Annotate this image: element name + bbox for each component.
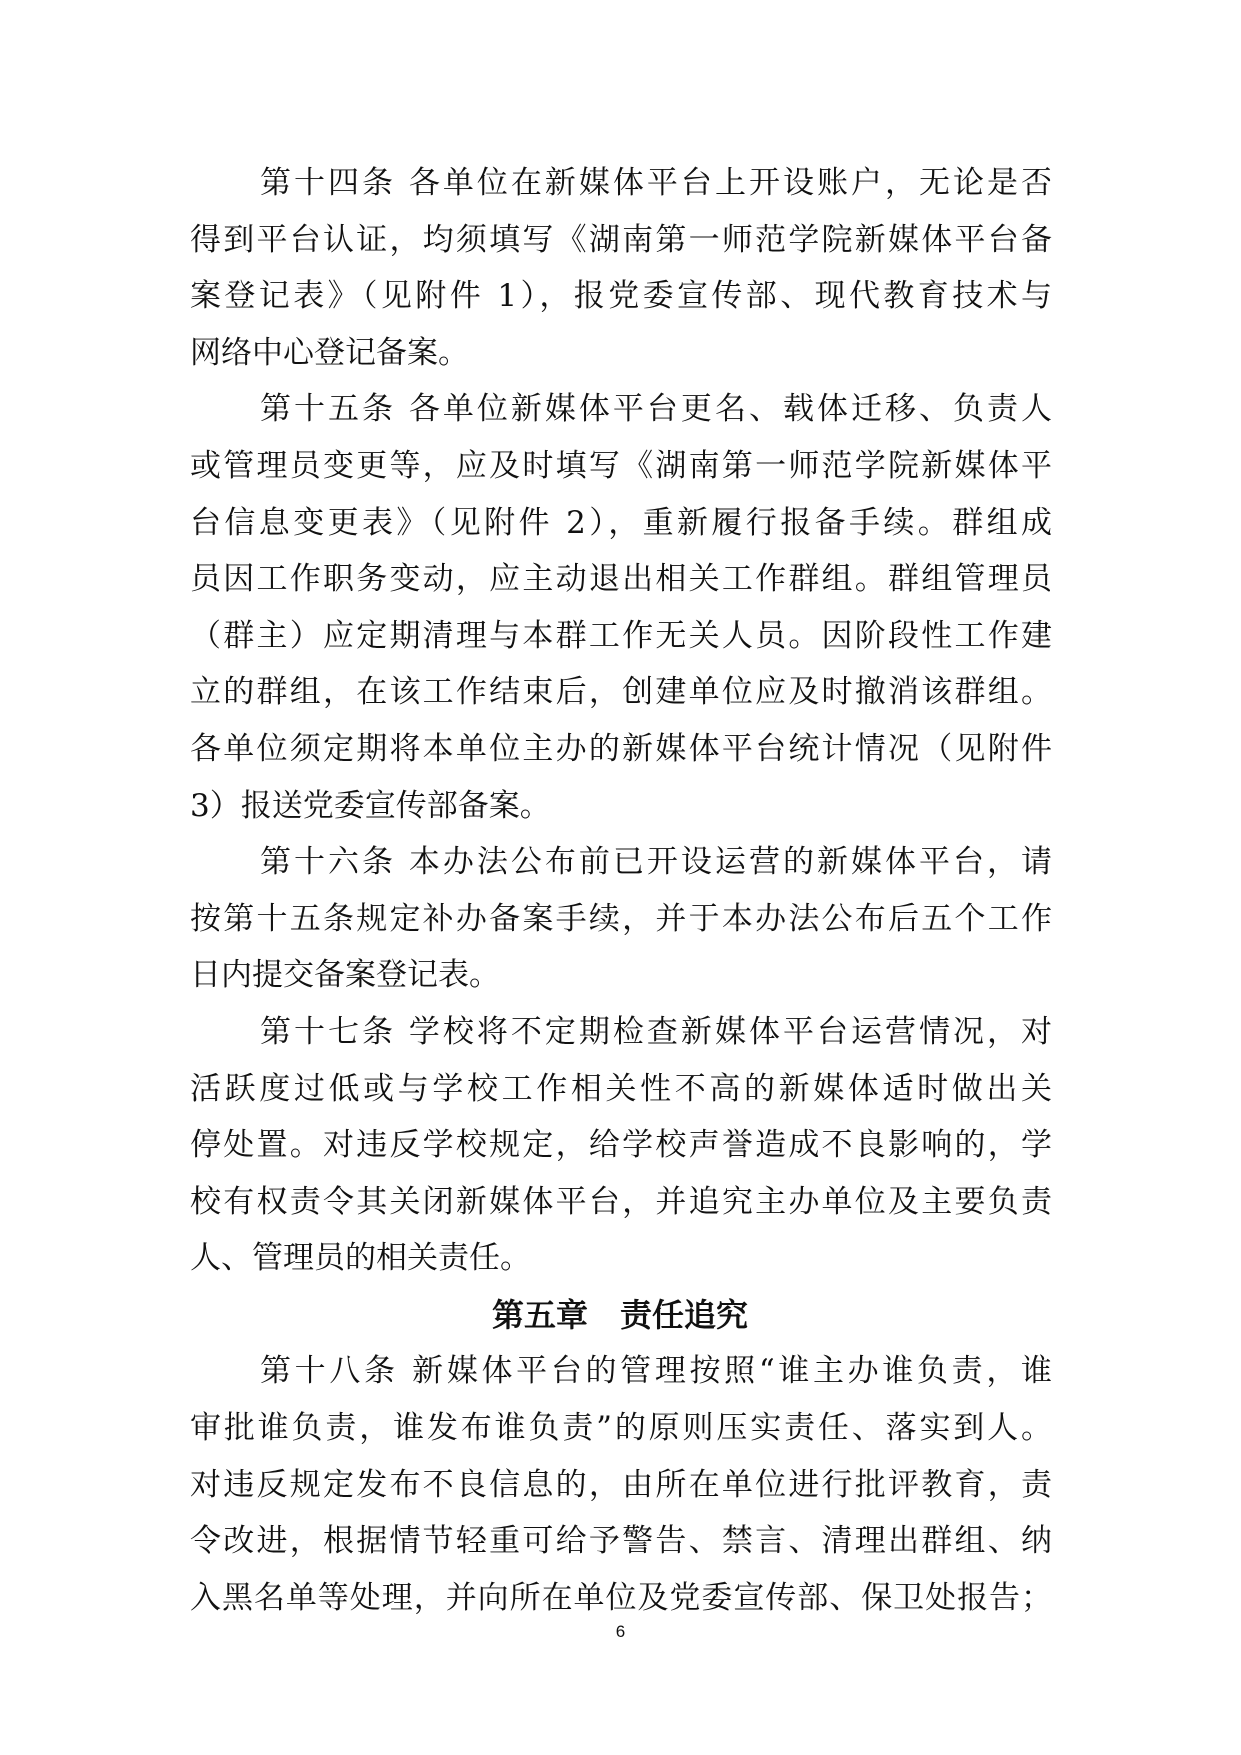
paragraph-line: 立的群组，在该工作结束后，创建单位应及时撤消该群组。: [190, 669, 1052, 726]
paragraph-line: 校有权责令其关闭新媒体平台，并追究主办单位及主要负责: [190, 1179, 1052, 1236]
document-page: 第十四条 各单位在新媒体平台上开设账户，无论是否 得到平台认证，均须填写《湖南第…: [0, 0, 1241, 1755]
article-18: 第十八条 新媒体平台的管理按照“谁主办谁负责，谁 审批谁负责，谁发布谁负责”的原…: [190, 1348, 1052, 1631]
paragraph-line: 令改进，根据情节轻重可给予警告、禁言、清理出群组、纳: [190, 1518, 1052, 1575]
paragraph-line: 审批谁负责，谁发布谁负责”的原则压实责任、落实到人。: [190, 1405, 1052, 1462]
paragraph-line: 人、管理员的相关责任。: [190, 1235, 1052, 1292]
paragraph-line: 员因工作职务变动，应主动退出相关工作群组。群组管理员: [190, 556, 1052, 613]
paragraph-line: 第十八条 新媒体平台的管理按照“谁主办谁负责，谁: [190, 1348, 1052, 1405]
paragraph-line: 停处置。对违反学校规定，给学校声誉造成不良影响的，学: [190, 1122, 1052, 1179]
paragraph-line: 活跃度过低或与学校工作相关性不高的新媒体适时做出关: [190, 1066, 1052, 1123]
chapter-heading: 第五章 责任追究: [188, 1292, 1052, 1349]
page-number: 6: [0, 1622, 1241, 1642]
paragraph-line: 台信息变更表》（见附件 2），重新履行报备手续。群组成: [190, 500, 1052, 557]
paragraph-line: 各单位须定期将本单位主办的新媒体平台统计情况（见附件: [190, 726, 1052, 783]
paragraph-line: 第十六条 本办法公布前已开设运营的新媒体平台，请: [190, 839, 1052, 896]
paragraph-line: 网络中心登记备案。: [190, 330, 1052, 387]
paragraph-line: 按第十五条规定补办备案手续，并于本办法公布后五个工作: [190, 896, 1052, 953]
paragraph-line: 案登记表》（见附件 1），报党委宣传部、现代教育技术与: [190, 273, 1052, 330]
paragraph-line: 或管理员变更等，应及时填写《湖南第一师范学院新媒体平: [190, 443, 1052, 500]
article-14: 第十四条 各单位在新媒体平台上开设账户，无论是否 得到平台认证，均须填写《湖南第…: [190, 160, 1052, 386]
article-16: 第十六条 本办法公布前已开设运营的新媒体平台，请 按第十五条规定补办备案手续，并…: [190, 839, 1052, 1009]
paragraph-line: 日内提交备案登记表。: [190, 952, 1052, 1009]
paragraph-line: 得到平台认证，均须填写《湖南第一师范学院新媒体平台备: [190, 217, 1052, 274]
article-17: 第十七条 学校将不定期检查新媒体平台运营情况，对 活跃度过低或与学校工作相关性不…: [190, 1009, 1052, 1292]
document-body: 第十四条 各单位在新媒体平台上开设账户，无论是否 得到平台认证，均须填写《湖南第…: [190, 160, 1052, 1631]
paragraph-line: （群主）应定期清理与本群工作无关人员。因阶段性工作建: [190, 613, 1052, 670]
paragraph-line: 第十四条 各单位在新媒体平台上开设账户，无论是否: [190, 160, 1052, 217]
paragraph-line: 3）报送党委宣传部备案。: [190, 783, 1052, 840]
article-15: 第十五条 各单位新媒体平台更名、载体迁移、负责人 或管理员变更等，应及时填写《湖…: [190, 386, 1052, 839]
paragraph-line: 第十七条 学校将不定期检查新媒体平台运营情况，对: [190, 1009, 1052, 1066]
paragraph-line: 第十五条 各单位新媒体平台更名、载体迁移、负责人: [190, 386, 1052, 443]
paragraph-line: 对违反规定发布不良信息的，由所在单位进行批评教育，责: [190, 1462, 1052, 1519]
